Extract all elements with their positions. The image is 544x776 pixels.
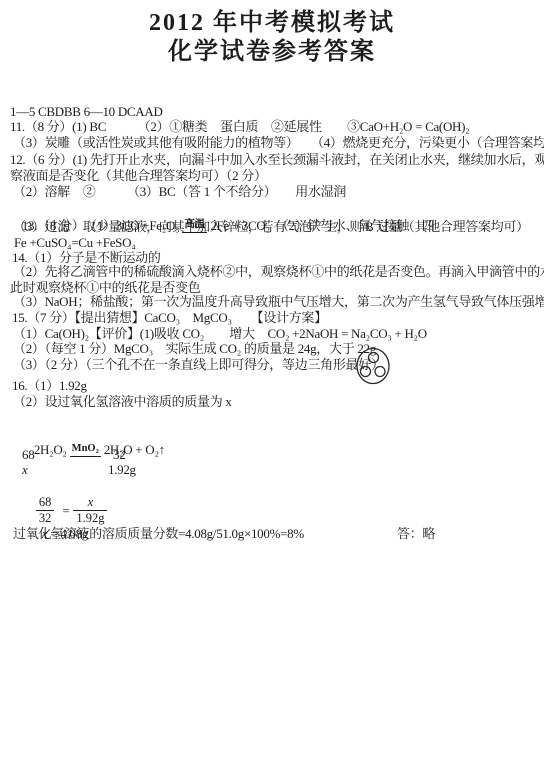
answer-choice-line: 1—5 CBDBB 6—10 DCAAD: [10, 104, 163, 119]
final-mass-fraction-line: 过氧化氢溶液的溶质质量分数=4.08g/51.0g×100%=8%: [13, 526, 304, 541]
answer-q15-line4: （3）（2 分）（三个孔不在一条直线上即可得分，等边三角形最好）: [13, 357, 384, 372]
given-mass: 1.92g: [108, 462, 136, 477]
answer-q15-line2: （1）Ca(OH)₂【评价】(1)吸收 CO₂ 增大 CO₂ +2NaOH = …: [13, 326, 427, 341]
answer-q14-line1: 14.（1）分子是不断运动的: [12, 250, 161, 265]
page-title-line2: 化学试卷参考答案: [0, 37, 544, 67]
molar-mass-68: 68: [22, 447, 34, 462]
answer-q12-line3: （2）溶解 ② （3）BC（答 1 个不给分） 用水湿润: [13, 184, 346, 199]
equation-reactant: 2H₂O₂: [34, 442, 67, 457]
answer-q15-line3: （2）（每空 1 分）MgCO₃ 实际生成 CO₂ 的质量是 24g，大于 22…: [13, 341, 376, 356]
answer-q13-line2: （3）过滤 取少量滤液，向其中加入锌粒，若有气泡产生，则 B 过量（其他合理答案…: [13, 219, 529, 234]
answer-q16-line2: （2）设过氧化氢溶液中溶质的质量为 x: [13, 394, 232, 409]
answer-q11-line2: （3）炭雕（或活性炭或其他有吸附能力的植物等） （4）燃烧更充分，污染更小（合理…: [13, 135, 544, 150]
answer-q13-line3: Fe +CuSO₄=Cu +FeSO₄: [14, 235, 135, 250]
molar-mass-32: 32: [113, 447, 125, 462]
answer-q14-line3: 此时观察烧杯①中的纸花是否变色: [10, 280, 201, 295]
answer-q15-line1: 15.（7 分）【提出猜想】CaCO₃ MgCO₃ 【设计方案】: [12, 310, 327, 325]
answer-q16-line1: 16.（1）1.92g: [12, 378, 87, 393]
answer-q12-line2: 察液面是否变化（其他合理答案均可）（2 分）: [10, 168, 267, 183]
final-answer-note: 答：略: [397, 526, 435, 541]
h2o2-decomposition-equation: 2H₂O₂MnO₂2H₂O + O₂↑: [22, 426, 165, 472]
fraction-left-numerator: 68: [36, 495, 55, 511]
three-holes-circle-diagram: [352, 346, 392, 388]
answer-q11-line1: 11.（8 分）(1) BC （2）①糖类 蛋白质 ②延展性 ③CaO+H₂O …: [10, 119, 469, 134]
answer-q12-line1: 12.（6 分）(1) 先打开止水夹，向漏斗中加入水至长颈漏斗液封，在关闭止水夹…: [10, 152, 544, 167]
page-title-line1: 2012 年中考模拟考试: [0, 8, 544, 38]
equation-catalyst-condition: MnO₂: [70, 441, 101, 457]
fraction-right-numerator: x: [73, 495, 107, 511]
exam-answer-sheet: 2012 年中考模拟考试 化学试卷参考答案 1—5 CBDBB 6—10 DCA…: [0, 0, 544, 776]
answer-q14-line2: （2）先将乙滴管中的稀硫酸滴入烧杯②中，观察烧杯①中的纸花是否变色。再滴入甲滴管…: [13, 264, 544, 279]
answer-q14-line4: （3）NaOH；稀盐酸；第一次为温度升高导致瓶中气压增大，第二次为产生氢气导致气…: [13, 294, 544, 309]
unknown-x: x: [22, 462, 27, 477]
